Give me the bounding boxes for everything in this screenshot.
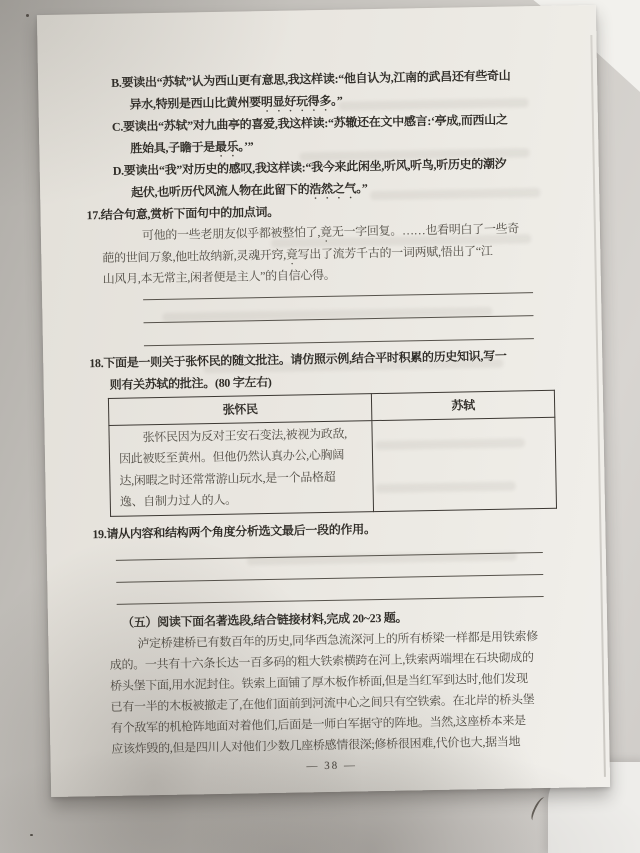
dust-speck: [26, 14, 29, 17]
emphasis-dots: 竟: [320, 225, 332, 239]
question-18-stem: 18.下面是一则关于张怀民的随文批注。请仿照示例,结合平时积累的历史知识,写一 …: [89, 343, 596, 396]
emphasis-dots: 最乐: [215, 140, 239, 154]
exam-paper-page: B.要读出“苏轼”认为西山更有意思,我这样读:“他自认为,江南的武昌还有些奇山 …: [37, 5, 610, 797]
stray-pen-mark: [529, 795, 549, 823]
dust-speck: [30, 834, 33, 836]
question-17-number: 17.: [86, 208, 100, 222]
emphasis-dots: 竟: [286, 247, 298, 261]
option-c-label: C.: [112, 120, 123, 134]
choice-options: B.要读出“苏轼”认为西山更有意思,我这样读:“他自认为,江南的武昌还有些奇山 …: [84, 63, 592, 204]
question-19-number: 19.: [92, 526, 106, 540]
table-header-su-shi: 苏轼: [371, 390, 554, 420]
option-d-label: D.: [113, 164, 124, 178]
page-content: B.要读出“苏轼”认为西山更有意思,我这样读:“他自认为,江南的武昌还有些奇山 …: [83, 5, 603, 778]
table-cell-zhang-note: 张怀民因为反对王安石变法,被视为政敌, 因此被贬至黄州。但他仍然认真办公,心胸阔…: [109, 420, 374, 516]
emphasis-dots: 明显好玩得多: [261, 94, 331, 109]
question-18-number: 18.: [89, 356, 103, 370]
table-cell-su-note-empty: [372, 417, 557, 511]
question-17-answer-lines: [143, 287, 534, 346]
question-19-answer-lines: [116, 537, 544, 605]
emphasis-dots: 浩然之气: [309, 181, 356, 196]
annotation-comparison-table: 张怀民 苏轼 张怀民因为反对王安石变法,被视为政敌, 因此被贬至黄州。但他仍然认…: [108, 389, 557, 516]
luding-bridge-passage: 泸定桥建桥已有数百年的历史,同华西急流深河上的所有桥梁一样都是用铁索修 成的。一…: [109, 625, 553, 759]
question-17-quote: 可他的一些老朋友似乎都被整怕了,竟无一字回复。……也看明白了一些奇 葩的世间万象…: [102, 217, 594, 290]
